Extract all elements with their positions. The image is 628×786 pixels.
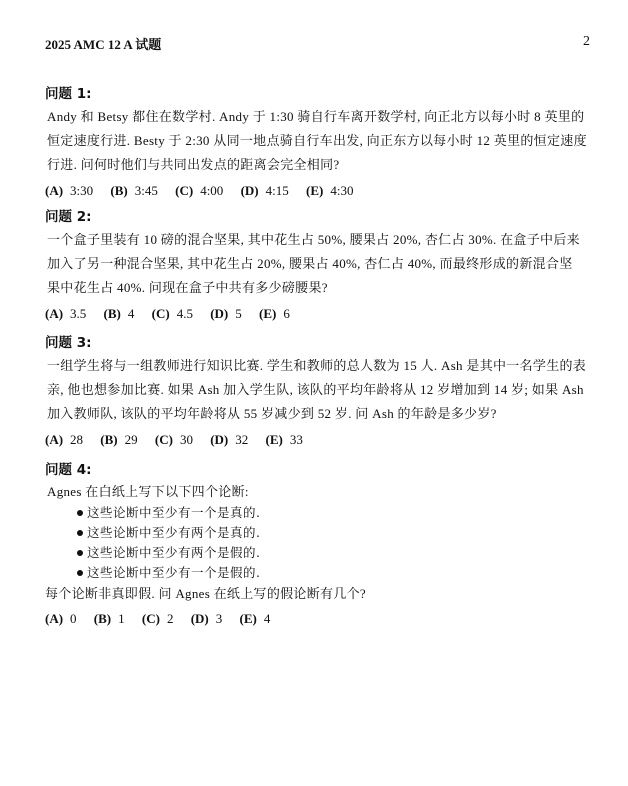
page-number: 2 [583, 34, 590, 50]
choice-a: (A)0 [45, 608, 77, 630]
question-line: 一组学生将与一组教师进行知识比赛. 学生和教师的总人数为 15 人. Ash 是… [47, 354, 590, 378]
statement-item: 这些论断中至少有一个是真的. [77, 503, 590, 523]
question-1: 问题 1: Andy 和 Betsy 都住在数学村. Andy 于 1:30 骑… [45, 83, 590, 202]
answer-choices: (A)3:30 (B)3:45 (C)4:00 (D)4:15 (E)4:30 [45, 180, 590, 202]
question-line: 一个盒子里装有 10 磅的混合坚果, 其中花生占 50%, 腰果占 20%, 杏… [47, 228, 590, 252]
choice-b: (B)4 [104, 303, 135, 325]
question-line: 恒定速度行进. Besty 于 2:30 从同一地点骑自行车出发, 向正东方以每… [47, 129, 590, 153]
choice-a: (A)3:30 [45, 180, 93, 202]
choice-d: (D)32 [210, 429, 248, 451]
choice-c: (C)30 [155, 429, 193, 451]
choice-e: (E)4 [239, 608, 270, 630]
question-line: 亲, 他也想参加比赛. 如果 Ash 加入学生队, 该队的平均年龄将从 12 岁… [47, 378, 590, 402]
choice-b: (B)1 [94, 608, 125, 630]
question-3: 问题 3: 一组学生将与一组教师进行知识比赛. 学生和教师的总人数为 15 人.… [45, 332, 590, 451]
choice-e: (E)33 [265, 429, 302, 451]
choice-c: (C)4:00 [175, 180, 223, 202]
question-line: 果中花生占 40%. 问现在盒子中共有多少磅腰果? [47, 276, 590, 300]
question-title: 问题 1: [45, 83, 590, 105]
statement-item: 这些论断中至少有两个是真的. [77, 523, 590, 543]
document-title: 2025 AMC 12 A 试题 [45, 34, 161, 53]
choice-a: (A)28 [45, 429, 83, 451]
page-header: 2025 AMC 12 A 试题 2 [45, 34, 590, 54]
question-text: Andy 和 Betsy 都住在数学村. Andy 于 1:30 骑自行车离开数… [45, 105, 590, 177]
question-outro: 每个论断非真即假. 问 Agnes 在纸上写的假论断有几个? [45, 583, 590, 605]
choice-c: (C)4.5 [152, 303, 193, 325]
choice-c: (C)2 [142, 608, 174, 630]
question-line: 加入教师队, 该队的平均年龄将从 55 岁减少到 52 岁. 问 Ash 的年龄… [47, 402, 590, 426]
answer-choices: (A)28 (B)29 (C)30 (D)32 (E)33 [45, 429, 590, 451]
choice-e: (E)6 [259, 303, 290, 325]
choice-e: (E)4:30 [306, 180, 353, 202]
statement-list: 这些论断中至少有一个是真的. 这些论断中至少有两个是真的. 这些论断中至少有两个… [45, 503, 590, 583]
question-4: 问题 4: Agnes 在白纸上写下以下四个论断: 这些论断中至少有一个是真的.… [45, 459, 590, 630]
choice-a: (A)3.5 [45, 303, 86, 325]
answer-choices: (A)3.5 (B)4 (C)4.5 (D)5 (E)6 [45, 303, 590, 325]
choice-d: (D)5 [210, 303, 242, 325]
choice-b: (B)3:45 [110, 180, 157, 202]
question-2: 问题 2: 一个盒子里装有 10 磅的混合坚果, 其中花生占 50%, 腰果占 … [45, 206, 590, 325]
question-text: 一个盒子里装有 10 磅的混合坚果, 其中花生占 50%, 腰果占 20%, 杏… [45, 228, 590, 300]
choice-d: (D)4:15 [241, 180, 289, 202]
question-line: 加入了另一种混合坚果, 其中花生占 20%, 腰果占 40%, 杏仁占 40%,… [47, 252, 590, 276]
choice-d: (D)3 [191, 608, 223, 630]
question-line: 行进. 问何时他们与共同出发点的距离会完全相同? [47, 153, 590, 177]
statement-item: 这些论断中至少有一个是假的. [77, 563, 590, 583]
question-intro: Agnes 在白纸上写下以下四个论断: [45, 481, 590, 503]
choice-b: (B)29 [100, 429, 137, 451]
question-title: 问题 4: [45, 459, 590, 481]
question-title: 问题 2: [45, 206, 590, 228]
answer-choices: (A)0 (B)1 (C)2 (D)3 (E)4 [45, 608, 590, 630]
question-text: 一组学生将与一组教师进行知识比赛. 学生和教师的总人数为 15 人. Ash 是… [45, 354, 590, 426]
question-title: 问题 3: [45, 332, 590, 354]
question-line: Andy 和 Betsy 都住在数学村. Andy 于 1:30 骑自行车离开数… [47, 105, 590, 129]
statement-item: 这些论断中至少有两个是假的. [77, 543, 590, 563]
